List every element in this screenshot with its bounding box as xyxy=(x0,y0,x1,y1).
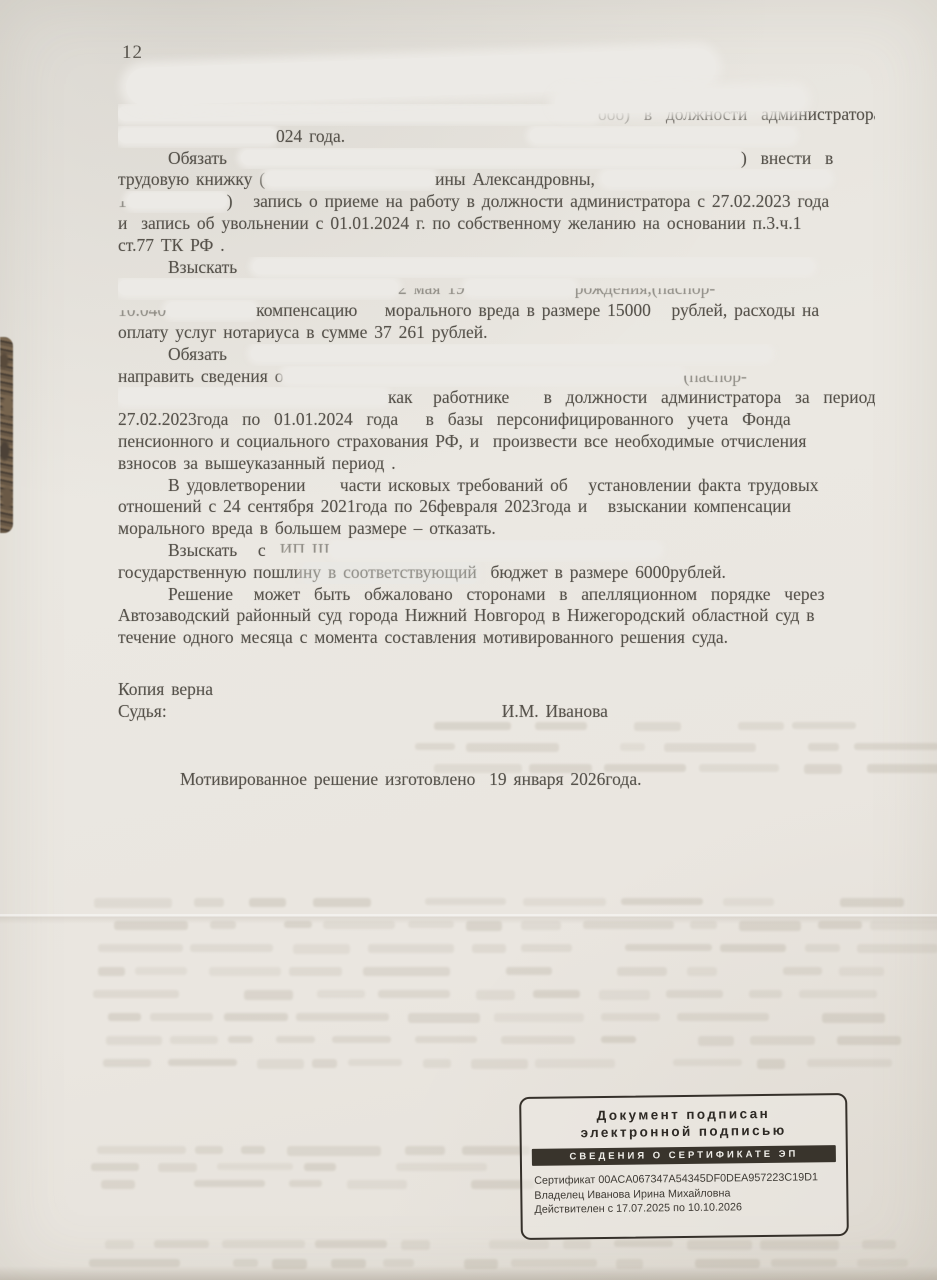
redaction-smudge xyxy=(465,280,575,295)
redaction-smudge xyxy=(118,128,276,143)
show-through-blob xyxy=(194,1180,265,1187)
show-through-blob xyxy=(347,1180,406,1189)
show-through-blob xyxy=(506,967,552,975)
show-through-blob xyxy=(720,944,786,952)
show-through-blob xyxy=(106,1036,162,1045)
show-through-blob xyxy=(244,990,292,1000)
show-through-blob xyxy=(799,990,877,998)
text-segment: Обязать xyxy=(168,344,227,366)
show-through-blob xyxy=(760,1240,838,1250)
show-through-blob xyxy=(289,967,342,976)
spacer xyxy=(118,784,180,785)
show-through-blob xyxy=(521,944,572,952)
text-line: 10.040компенсацию морального вреда в раз… xyxy=(118,300,875,322)
spacer xyxy=(118,599,168,600)
show-through-blob xyxy=(105,1240,134,1249)
redaction-smudge xyxy=(555,88,805,114)
redaction-smudge xyxy=(330,542,660,557)
text-line: государственную пошлину в соответствующи… xyxy=(118,562,875,584)
show-through-blob xyxy=(601,1013,660,1021)
faint-text-fragment: ИП Ш xyxy=(280,540,330,562)
show-through-blob xyxy=(304,1163,337,1171)
show-through-blob xyxy=(601,1036,636,1043)
text-line: ст.77 ТК РФ . xyxy=(118,235,875,257)
spacer xyxy=(345,141,530,142)
show-through-blob xyxy=(535,1059,615,1068)
text-line: направить сведения о(паспор- xyxy=(118,366,875,388)
redaction-smudge xyxy=(118,106,598,121)
faint-text-fragment: ну в соответствующий xyxy=(303,562,477,584)
text-line: отношений с 24 сентября 2021года по 26фе… xyxy=(118,496,875,518)
text-segment: 27.02.2023года по 01.01.2024 года в базы… xyxy=(118,409,791,431)
text-segment: пенсионного и социального страхования РФ… xyxy=(118,431,806,453)
text-line: 024 года. xyxy=(118,126,875,148)
text-segment: отношений с 24 сентября 2021года по 26фе… xyxy=(118,496,791,518)
show-through-blob xyxy=(293,944,350,954)
show-through-blob xyxy=(209,967,281,976)
show-through-blob xyxy=(289,1180,322,1187)
show-through-blob xyxy=(423,1059,452,1068)
show-through-blob xyxy=(673,1059,743,1066)
redaction-smudge xyxy=(241,150,741,165)
show-through-blob xyxy=(101,1180,135,1189)
spacer xyxy=(227,163,241,164)
show-through-blob xyxy=(363,967,450,976)
faint-text-fragment: (паспор- xyxy=(683,366,746,388)
show-through-blob xyxy=(677,1013,768,1021)
stamp-title-line2: электронной подписью xyxy=(521,1121,845,1142)
show-through-blob xyxy=(228,1036,254,1043)
text-segment: государственную пошли xyxy=(118,562,303,584)
show-through-blob xyxy=(257,1059,305,1069)
show-through-blob xyxy=(348,1059,402,1066)
spacer xyxy=(118,272,168,273)
show-through-blob xyxy=(757,1059,785,1069)
show-through-blob xyxy=(97,1146,185,1154)
show-through-blob xyxy=(405,1146,445,1155)
show-through-blob xyxy=(158,1163,198,1172)
redaction-smudge xyxy=(118,280,398,295)
fold-crease xyxy=(0,914,937,924)
show-through-blob xyxy=(170,1036,217,1044)
text-line: Взыскать xyxy=(118,257,875,279)
text-line: Обязать xyxy=(118,344,875,366)
show-through-blob xyxy=(287,1146,381,1156)
show-through-blob xyxy=(378,990,451,998)
faint-text-fragment: 2 мая 19 xyxy=(398,278,465,300)
text-segment: Взыскать xyxy=(168,257,237,279)
spacer xyxy=(266,555,280,556)
show-through-blob xyxy=(249,898,286,907)
show-through-blob xyxy=(822,1013,885,1023)
text-line: В удовлетворении части исковых требовани… xyxy=(118,475,875,497)
text-segment: направить сведения о xyxy=(118,366,283,388)
spacer xyxy=(118,359,168,360)
redaction-smudge xyxy=(283,368,683,383)
show-through-blob xyxy=(98,967,124,976)
text-segment: ) запись о приеме на работу в должности … xyxy=(227,191,829,213)
text-segment: ) внести в xyxy=(741,148,833,170)
redaction-smudge xyxy=(251,346,771,361)
show-through-blob xyxy=(195,1146,223,1154)
text-segment: течение одного месяца с момента составле… xyxy=(118,627,728,649)
text-segment: Обязать xyxy=(168,148,227,170)
text-segment: В удовлетворении части исковых требовани… xyxy=(168,475,818,497)
show-through-blob xyxy=(368,944,454,953)
text-line: Судья:И.М. Иванова xyxy=(118,701,875,723)
show-through-blob xyxy=(296,1013,390,1021)
text-segment: Решение может быть обжаловано сторонами … xyxy=(168,584,825,606)
spacer xyxy=(237,272,253,273)
text-segment: Взыскать с xyxy=(168,540,266,562)
redaction-smudge xyxy=(166,302,256,317)
show-through-blob xyxy=(563,1240,591,1249)
spacer xyxy=(118,490,168,491)
text-line: Автозаводский районный суд города Нижний… xyxy=(118,605,875,627)
text-segment: 024 года. xyxy=(276,126,345,148)
show-through-blob xyxy=(222,1240,305,1248)
text-segment: ст.77 ТК РФ . xyxy=(118,235,225,257)
spacer xyxy=(118,555,168,556)
faint-text-fragment: 1 xyxy=(118,191,127,213)
text-line: и запись об увольнении с 01.01.2024 г. п… xyxy=(118,213,875,235)
text-segment: Судья: xyxy=(118,701,167,723)
show-through-blob xyxy=(312,1059,337,1068)
show-through-blob xyxy=(476,990,516,1000)
show-through-blob xyxy=(224,1013,287,1021)
show-through-blob xyxy=(617,967,667,976)
show-through-blob xyxy=(313,898,371,907)
show-through-blob xyxy=(217,1163,294,1170)
show-through-blob xyxy=(472,944,507,953)
spacer xyxy=(227,359,251,360)
show-through-blob xyxy=(750,1036,815,1045)
show-through-blob xyxy=(533,990,580,998)
show-through-blob xyxy=(857,944,937,953)
show-through-blob xyxy=(154,1240,209,1248)
text-segment: ины Александровны, xyxy=(435,169,602,191)
show-through-blob xyxy=(687,1240,752,1250)
text-line: 27.02.2023года по 01.01.2024 года в базы… xyxy=(118,409,875,431)
show-through-blob xyxy=(150,1013,213,1021)
show-through-blob xyxy=(625,944,712,951)
show-through-blob xyxy=(401,1240,430,1250)
show-through-blob xyxy=(332,1036,391,1043)
left-edge-stain xyxy=(0,337,13,533)
stamp-title: Документ подписан электронной подписью xyxy=(521,1104,845,1142)
text-line: Обязать) внести в xyxy=(118,148,875,170)
spacer xyxy=(167,716,502,717)
show-through-blob xyxy=(501,1036,575,1044)
show-through-blob xyxy=(698,1036,734,1046)
text-segment: Автозаводский районный суд города Нижний… xyxy=(118,605,815,627)
text-segment: оплату услуг нотариуса в сумме 37 261 ру… xyxy=(118,322,488,344)
show-through-blob xyxy=(276,1036,315,1043)
text-segment: как работнике в должности администратора… xyxy=(388,387,875,409)
text-segment: трудовую книжку ( xyxy=(118,169,265,191)
text-line: 1) запись о приеме на работу в должности… xyxy=(118,191,875,213)
show-through-blob xyxy=(494,1013,585,1022)
text-line: Решение может быть обжаловано сторонами … xyxy=(118,584,875,606)
show-through-blob xyxy=(408,1013,480,1023)
show-through-blob xyxy=(415,1036,477,1043)
show-through-blob xyxy=(108,1013,141,1021)
faint-text-fragment: 10.040 xyxy=(118,300,166,322)
spacer xyxy=(118,163,168,164)
redaction-smudge xyxy=(530,128,795,143)
text-line: течение одного месяца с момента составле… xyxy=(118,627,875,649)
show-through-blob xyxy=(91,1163,139,1171)
show-through-blob xyxy=(94,898,172,908)
show-through-blob xyxy=(241,1146,265,1154)
text-segment: И.М. Иванова xyxy=(502,701,608,723)
text-line: трудовую книжку (ины Александровны, xyxy=(118,169,875,191)
show-through-blob xyxy=(783,967,822,975)
document-page: 12 ооо) в должности администратора с024 … xyxy=(0,0,937,1280)
show-through-blob xyxy=(523,898,607,906)
show-through-blob xyxy=(396,1163,486,1171)
stamp-validity: Действителен с 17.07.2025 по 10.10.2026 xyxy=(534,1199,834,1217)
text-segment: компенсацию морального вреда в размере 1… xyxy=(256,300,819,322)
text-line: Мотивированное решение изготовлено 19 ян… xyxy=(118,769,875,791)
text-line: Взыскать сИП Ш xyxy=(118,540,875,562)
show-through-blob xyxy=(135,967,187,975)
text-segment: Копия верна xyxy=(118,679,213,701)
text-line: пенсионного и социального страхования РФ… xyxy=(118,431,875,453)
text-segment: бюджет в размере 6000рублей. xyxy=(477,562,726,584)
stamp-certificate-bar: СВЕДЕНИЯ О СЕРТИФИКАТЕ ЭП xyxy=(532,1145,836,1166)
show-through-blob xyxy=(315,1240,387,1248)
text-line: Копия верна xyxy=(118,679,875,701)
text-segment: взносов за вышеуказанный период . xyxy=(118,453,396,475)
show-through-blob xyxy=(317,990,364,998)
page-number: 12 xyxy=(122,42,143,64)
redaction-smudge xyxy=(265,171,435,186)
page-bottom-shadow xyxy=(0,1266,937,1280)
document-text: ооо) в должности администратора с024 год… xyxy=(118,104,875,790)
text-segment: морального вреда в большем размере – отк… xyxy=(118,518,496,540)
show-through-blob xyxy=(599,990,650,1000)
redaction-smudge xyxy=(253,259,813,274)
show-through-blob xyxy=(489,1240,549,1249)
text-line: морального вреда в большем размере – отк… xyxy=(118,518,875,540)
show-through-blob xyxy=(194,898,224,907)
text-line: 2 мая 19рождения,(паспор- xyxy=(118,278,875,300)
show-through-blob xyxy=(805,944,840,952)
redaction-smudge xyxy=(602,171,830,186)
show-through-blob xyxy=(723,898,774,906)
stamp-details: Сертификат 00ACA067347A54345DF0DEA957223… xyxy=(534,1170,835,1217)
text-line: оплату услуг нотариуса в сумме 37 261 ру… xyxy=(118,322,875,344)
show-through-blob xyxy=(867,764,937,773)
text-segment: и запись об увольнении с 01.01.2024 г. п… xyxy=(118,213,801,235)
show-through-blob xyxy=(103,1059,151,1067)
show-through-blob xyxy=(749,990,782,998)
text-line: как работнике в должности администратора… xyxy=(118,387,875,409)
show-through-blob xyxy=(614,1240,673,1247)
show-through-blob xyxy=(621,898,703,905)
show-through-blob xyxy=(471,1059,528,1069)
signature-stamp: Документ подписан электронной подписью С… xyxy=(519,1093,849,1240)
show-through-blob xyxy=(687,967,717,976)
show-through-blob xyxy=(862,1240,896,1249)
show-through-blob xyxy=(98,944,184,952)
faint-text-fragment: рождения,(паспор- xyxy=(575,278,715,300)
show-through-blob xyxy=(93,990,179,998)
show-through-blob xyxy=(425,898,506,905)
show-through-blob xyxy=(807,1059,892,1067)
show-through-blob xyxy=(839,967,884,976)
show-through-blob xyxy=(190,944,272,952)
text-line: взносов за вышеуказанный период . xyxy=(118,453,875,475)
show-through-blob xyxy=(840,898,905,907)
redaction-smudge xyxy=(118,389,388,404)
show-through-blob xyxy=(168,1059,237,1066)
show-through-blob xyxy=(666,990,723,998)
text-segment: Мотивированное решение изготовлено 19 ян… xyxy=(180,769,641,791)
redaction-smudge xyxy=(127,193,227,208)
show-through-blob xyxy=(837,1036,901,1045)
